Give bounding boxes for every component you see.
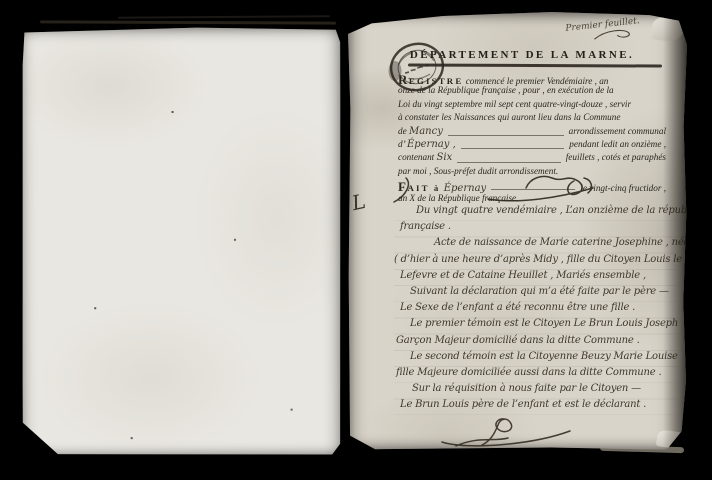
text-segment: arrondissement communal <box>569 126 666 136</box>
text-segment: Le second témoin est la Citoyenne Beuzy … <box>410 351 678 362</box>
margin-paraph: L <box>350 189 368 215</box>
text-segment: à constater les Naissances qui auront li… <box>398 112 620 122</box>
fill-rule <box>461 148 565 149</box>
text-line: de Mancyarrondissement communal <box>398 126 666 139</box>
text-segment: Le Sexe de l’enfant a été reconnu être u… <box>400 302 635 313</box>
declarant-signature <box>436 414 576 450</box>
text-line: à constater les Naissances qui auront li… <box>398 112 666 125</box>
text-line: Le Sexe de l’enfant a été reconnu être u… <box>394 302 678 318</box>
text-segment: Acte de naissance de Marie caterine Jose… <box>434 237 702 248</box>
fill-rule <box>457 162 560 163</box>
text-segment: française . <box>400 221 451 232</box>
text-segment: ( d’hier à une heure d’après Midy , fill… <box>394 254 709 265</box>
text-segment: onze de la République française , pour ,… <box>398 85 614 95</box>
text-segment: Sur la réquisition à nous faite par le C… <box>412 383 641 394</box>
text-line: Loi du vingt septembre mil sept cent qua… <box>398 99 666 112</box>
text-segment: Lefevre et de Cataine Heuillet , Mariés … <box>400 270 646 281</box>
fill-rule <box>448 135 564 136</box>
text-line: Le premier témoin est le Citoyen Le Brun… <box>394 318 678 334</box>
text-segment: feuillets , cotés et paraphés <box>566 152 666 162</box>
text-segment: d’ <box>398 139 407 149</box>
text-segment: pendant ledit an onzième , <box>569 139 666 149</box>
paper-specks <box>172 111 174 113</box>
text-segment: fille Majeure domiciliée aussi dans la d… <box>396 367 661 378</box>
text-line: contenant Sixfeuillets , cotés et paraph… <box>398 152 666 165</box>
rough-page-edge <box>663 12 687 451</box>
text-segment: Mancy <box>409 126 443 137</box>
text-segment: Épernay , <box>407 139 456 150</box>
text-line: Le Brun Louis père de l’enfant et est le… <box>394 399 678 415</box>
page-title: DÉPARTEMENT DE LA MARNE. <box>396 49 648 61</box>
text-segment: Loi du vingt septembre mil sept cent qua… <box>398 99 631 109</box>
text-line: Du vingt quatre vendémiaire , L’an onziè… <box>394 205 678 221</box>
text-segment: Six <box>437 152 453 163</box>
text-line: d’ Épernay ,pendant ledit an onzième , <box>398 139 666 152</box>
text-line: fille Majeure domiciliée aussi dans la d… <box>394 367 678 383</box>
register-book-scan: Premier feuillet. DÉPARTEMENT DE LA MARN… <box>0 0 712 480</box>
corner-annotation: Premier feuillet. <box>565 16 641 46</box>
text-segment: Suivant la déclaration qui m’a été faite… <box>410 286 669 297</box>
text-line: française . <box>394 221 678 237</box>
text-line: onze de la République française , pour ,… <box>398 85 666 98</box>
torn-page-edge <box>118 15 330 18</box>
text-line: Le second témoin est la Citoyenne Beuzy … <box>394 351 678 367</box>
text-line: Acte de naissance de Marie caterine Jose… <box>394 237 678 253</box>
sous-prefet-signature <box>388 172 598 206</box>
torn-page-edge <box>40 20 336 24</box>
text-line: Sur la réquisition à nous faite par le C… <box>394 383 678 399</box>
text-segment: contenant <box>398 152 437 162</box>
text-segment: Garçon Majeur domicilié dans la ditte Co… <box>396 335 640 346</box>
text-segment: Le Brun Louis père de l’enfant et est le… <box>400 399 646 410</box>
birth-act-handwritten: Du vingt quatre vendémiaire , L’an onziè… <box>394 205 678 415</box>
text-line: ( d’hier à une heure d’après Midy , fill… <box>394 254 678 270</box>
text-line: REGISTRE commencé le premier Vendémiaire… <box>398 72 666 85</box>
right-page: Premier feuillet. DÉPARTEMENT DE LA MARN… <box>348 12 687 451</box>
text-segment: de <box>398 126 409 136</box>
text-line: Suivant la déclaration qui m’a été faite… <box>394 286 678 302</box>
text-segment: Le premier témoin est le Citoyen Le Brun… <box>410 318 678 329</box>
text-line: Garçon Majeur domicilié dans la ditte Co… <box>394 335 678 351</box>
left-page-blank <box>21 25 341 455</box>
text-line: Lefevre et de Cataine Heuillet , Mariés … <box>394 270 678 286</box>
